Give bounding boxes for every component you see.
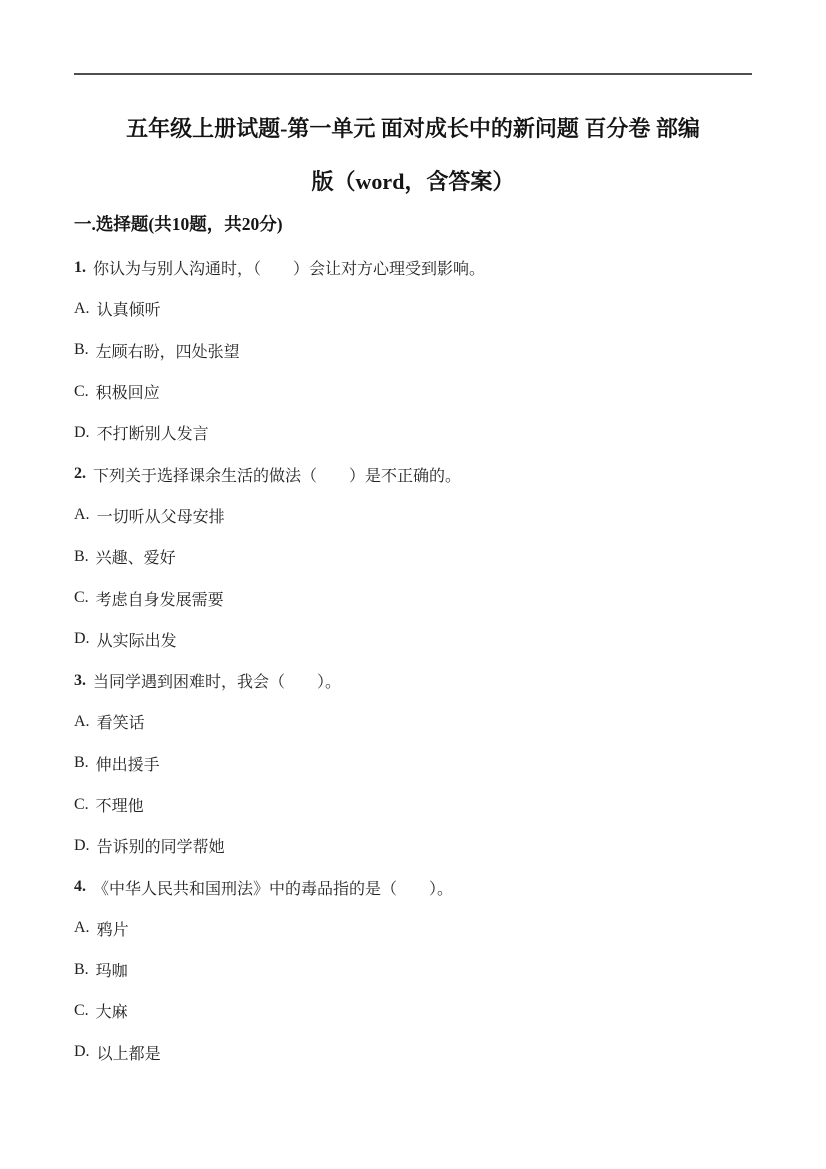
question-block-1: 1. 你认为与别人沟通时，（ ）会让对方心理受到影响。 A. 认真倾听 B. 左… [74,247,764,453]
question-4-text: 4. 《中华人民共和国刑法》中的毒品指的是（ ）。 [74,866,764,907]
option-label: A. [74,300,90,318]
question-2-option-d: D. 从实际出发 [74,619,764,660]
option-text: 从实际出发 [97,628,177,651]
option-text: 大麻 [96,999,128,1022]
document-page: 五年级上册试题-第一单元 面对成长中的新问题 百分卷 部编 版（word，含答案… [0,0,826,1169]
title-line-1: 五年级上册试题-第一单元 面对成长中的新问题 百分卷 部编 [74,102,752,155]
option-text: 以上都是 [97,1041,161,1064]
option-text: 伸出援手 [96,752,160,775]
option-text: 看笑话 [97,710,145,733]
question-4-option-b: B. 玛咖 [74,949,764,990]
option-label: B. [74,754,89,772]
question-2-number: 2. [74,465,86,483]
option-label: D. [74,630,90,648]
question-4-option-c: C. 大麻 [74,990,764,1031]
option-label: C. [74,589,89,607]
option-label: B. [74,548,89,566]
option-text: 鸦片 [97,917,129,940]
option-label: C. [74,796,89,814]
option-text: 告诉别的同学帮她 [97,834,225,857]
option-label: D. [74,424,90,442]
question-2-body: 下列关于选择课余生活的做法（ ）是不正确的。 [93,463,461,486]
option-text: 积极回应 [96,380,160,403]
question-3-text: 3. 当同学遇到困难时，我会（ ）。 [74,660,764,701]
question-4-body: 《中华人民共和国刑法》中的毒品指的是（ ）。 [93,876,453,899]
option-label: C. [74,383,89,401]
question-4-option-a: A. 鸦片 [74,908,764,949]
option-text: 左顾右盼，四处张望 [96,339,240,362]
option-label: A. [74,713,90,731]
option-label: B. [74,961,89,979]
option-label: D. [74,1043,90,1061]
option-label: D. [74,837,90,855]
title-line-2: 版（word，含答案） [74,155,752,208]
question-1-option-c: C. 积极回应 [74,371,764,412]
question-3-option-c: C. 不理他 [74,784,764,825]
option-label: C. [74,1002,89,1020]
option-label: A. [74,506,90,524]
question-3-number: 3. [74,672,86,690]
option-text: 不打断别人发言 [97,421,209,444]
question-2-option-c: C. 考虑自身发展需要 [74,577,764,618]
option-text: 认真倾听 [97,297,161,320]
option-text: 不理他 [96,793,144,816]
section-heading: 一.选择题(共10题，共20分) [74,212,764,236]
question-4-number: 4. [74,878,86,896]
option-text: 玛咖 [96,958,128,981]
question-2-option-b: B. 兴趣、爱好 [74,536,764,577]
question-3-body: 当同学遇到困难时，我会（ ）。 [93,669,341,692]
top-horizontal-rule [74,73,752,75]
question-2-option-a: A. 一切听从父母安排 [74,495,764,536]
question-3-option-b: B. 伸出援手 [74,743,764,784]
question-1-option-d: D. 不打断别人发言 [74,412,764,453]
option-text: 一切听从父母安排 [97,504,225,527]
question-3-option-d: D. 告诉别的同学帮她 [74,825,764,866]
question-1-option-a: A. 认真倾听 [74,288,764,329]
question-block-4: 4. 《中华人民共和国刑法》中的毒品指的是（ ）。 A. 鸦片 B. 玛咖 C.… [74,866,764,1072]
question-1-text: 1. 你认为与别人沟通时，（ ）会让对方心理受到影响。 [74,247,764,288]
question-2-text: 2. 下列关于选择课余生活的做法（ ）是不正确的。 [74,453,764,494]
option-label: B. [74,341,89,359]
option-text: 兴趣、爱好 [96,545,176,568]
question-1-number: 1. [74,259,86,277]
question-block-3: 3. 当同学遇到困难时，我会（ ）。 A. 看笑话 B. 伸出援手 C. 不理他… [74,660,764,866]
document-body: 一.选择题(共10题，共20分) 1. 你认为与别人沟通时，（ ）会让对方心理受… [74,212,764,1073]
document-title: 五年级上册试题-第一单元 面对成长中的新问题 百分卷 部编 版（word，含答案… [74,102,752,208]
question-3-option-a: A. 看笑话 [74,701,764,742]
option-label: A. [74,919,90,937]
option-text: 考虑自身发展需要 [96,587,224,610]
question-block-2: 2. 下列关于选择课余生活的做法（ ）是不正确的。 A. 一切听从父母安排 B.… [74,453,764,659]
question-1-body: 你认为与别人沟通时，（ ）会让对方心理受到影响。 [93,256,485,279]
question-4-option-d: D. 以上都是 [74,1032,764,1073]
question-1-option-b: B. 左顾右盼，四处张望 [74,330,764,371]
